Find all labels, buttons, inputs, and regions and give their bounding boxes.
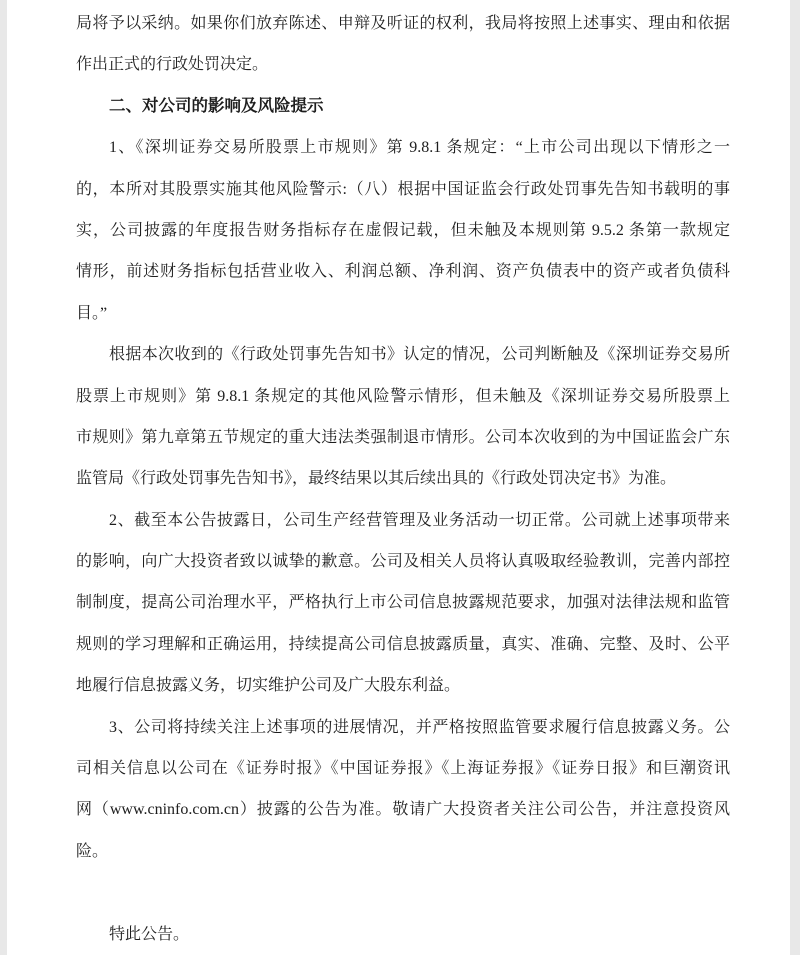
text-line: 市规则》第九章第五节规定的重大违法类强制退市情形。公司本次收到的为中国证监会广东 (76, 417, 730, 458)
text-line: 3、公司将持续关注上述事项的进展情况，并严格按照监管要求履行信息披露义务。公 (76, 707, 730, 748)
text-line: 情形，前述财务指标包括营业收入、利润总额、净利润、资产负债表中的资产或者负债科 (76, 251, 730, 292)
document-content: 局将予以采纳。如果你们放弃陈述、申辩及听证的权利，我局将按照上述事实、理由和依据… (76, 3, 730, 955)
page-edge-left (0, 0, 7, 955)
text-line: 目。” (76, 293, 730, 334)
text-line: 网（www.cninfo.com.cn）披露的公告为准。敬请广大投资者关注公司公… (76, 789, 730, 830)
text-line: 1、《深圳证券交易所股票上市规则》第 9.8.1 条规定：“上市公司出现以下情形… (76, 127, 730, 168)
text-line: 根据本次收到的《行政处罚事先告知书》认定的情况，公司判断触及《深圳证券交易所 (76, 334, 730, 375)
text-line: 司相关信息以公司在《证券时报》《中国证券报》《上海证券报》《证券日报》和巨潮资讯 (76, 748, 730, 789)
text-line: 地履行信息披露义务，切实维护公司及广大股东利益。 (76, 665, 730, 706)
text-line: 的，本所对其股票实施其他风险警示:（八）根据中国证监会行政处罚事先告知书载明的事 (76, 169, 730, 210)
text-line: 险。 (76, 831, 730, 872)
text-line: 作出正式的行政处罚决定。 (76, 44, 730, 85)
document-page: 局将予以采纳。如果你们放弃陈述、申辩及听证的权利，我局将按照上述事实、理由和依据… (7, 0, 790, 955)
page-edge-right (790, 0, 800, 955)
text-line: 2、截至本公告披露日，公司生产经营管理及业务活动一切正常。公司就上述事项带来 (76, 500, 730, 541)
text-line: 局将予以采纳。如果你们放弃陈述、申辩及听证的权利，我局将按照上述事实、理由和依据 (76, 3, 730, 44)
text-line: 股票上市规则》第 9.8.1 条规定的其他风险警示情形，但未触及《深圳证券交易所… (76, 376, 730, 417)
section-heading: 二、对公司的影响及风险提示 (76, 86, 730, 127)
text-line: 的影响，向广大投资者致以诚挚的歉意。公司及相关人员将认真吸取经验教训，完善内部控 (76, 541, 730, 582)
text-line: 制制度，提高公司治理水平，严格执行上市公司信息披露规范要求，加强对法律法规和监管 (76, 582, 730, 623)
text-line: 监管局《行政处罚事先告知书》，最终结果以其后续出具的《行政处罚决定书》为准。 (76, 458, 730, 499)
blank-line (76, 872, 730, 913)
text-line: 规则的学习理解和正确运用，持续提高公司信息披露质量，真实、准确、完整、及时、公平 (76, 624, 730, 665)
document-viewer: 局将予以采纳。如果你们放弃陈述、申辩及听证的权利，我局将按照上述事实、理由和依据… (0, 0, 800, 955)
text-line: 实，公司披露的年度报告财务指标存在虚假记载，但未触及本规则第 9.5.2 条第一… (76, 210, 730, 251)
text-line: 特此公告。 (76, 914, 730, 955)
